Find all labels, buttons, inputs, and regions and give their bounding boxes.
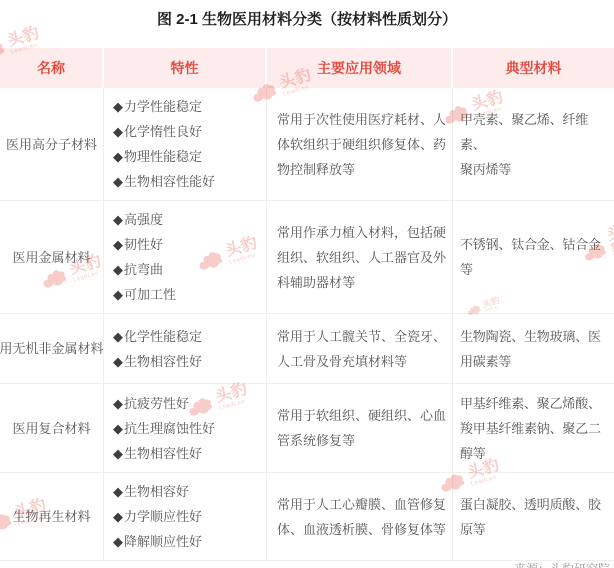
feature-item: 高强度 xyxy=(113,207,163,232)
materials-table: 名称 特性 主要应用领域 典型材料 医用高分子材料 力学性能稳定 化学惰性良好 … xyxy=(0,48,614,561)
cell-typical-materials: 生物陶瓷、生物玻璃、医 用碳素等 xyxy=(453,314,614,383)
cell-material-name: 用无机非金属材料 xyxy=(0,314,104,383)
column-header-features: 特性 xyxy=(104,48,267,88)
table-row: 生物再生材料 生物相容好 力学顺应性好 降解顺应性好 常用于人工心瓣膜、血管修复… xyxy=(0,473,614,561)
source-note-clipped: 来源：头豹研究院 xyxy=(514,563,610,568)
feature-item: 抗生理腐蚀性好 xyxy=(113,416,215,441)
cell-features: 高强度 韧性好 抗弯曲 可加工性 xyxy=(104,201,267,313)
cell-applications: 常用作承力植入材料，包括硬 组织、软组织、人工器官及外 科辅助器材等 xyxy=(267,201,453,313)
feature-item: 生物相容性好 xyxy=(113,349,202,374)
feature-item: 生物相容性能好 xyxy=(113,169,215,194)
cell-material-name: 医用金属材料 xyxy=(0,201,104,313)
cell-material-name: 生物再生材料 xyxy=(0,473,104,560)
feature-item: 生物相容好 xyxy=(113,479,189,504)
feature-item: 抗弯曲 xyxy=(113,257,163,282)
cell-typical-materials: 甲基纤维素、聚乙烯酸、 羧甲基纤维素钠、聚乙二 醇等 xyxy=(453,384,614,472)
feature-item: 物理性能稳定 xyxy=(113,144,202,169)
table-row: 医用金属材料 高强度 韧性好 抗弯曲 可加工性 常用作承力植入材料，包括硬 组织… xyxy=(0,201,614,314)
page: { "title": "图 2-1 生物医用材料分类（按材料性质划分）", "w… xyxy=(0,0,614,568)
table-header-row: 名称 特性 主要应用领域 典型材料 xyxy=(0,48,614,88)
feature-item: 可加工性 xyxy=(113,282,176,307)
cell-features: 化学性能稳定 生物相容性好 xyxy=(104,314,267,383)
cell-typical-materials: 甲壳素、聚乙烯、纤维素、 聚丙烯等 xyxy=(453,88,614,200)
column-header-name: 名称 xyxy=(0,48,104,88)
cell-applications: 常用于人工心瓣膜、血管修复 体、血液透析膜、骨修复体等 xyxy=(267,473,453,560)
figure-title: 图 2-1 生物医用材料分类（按材料性质划分） xyxy=(0,0,614,30)
cell-typical-materials: 不锈钢、钛合金、钴合金 等 xyxy=(453,201,614,313)
feature-item: 化学惰性良好 xyxy=(113,119,202,144)
table-row: 用无机非金属材料 化学性能稳定 生物相容性好 常用于人工髋关节、全瓷牙、 人工骨… xyxy=(0,314,614,384)
column-header-typical-materials: 典型材料 xyxy=(453,48,614,88)
cell-material-name: 医用高分子材料 xyxy=(0,88,104,200)
feature-item: 降解顺应性好 xyxy=(113,529,202,554)
cell-applications: 常用于人工髋关节、全瓷牙、 人工骨及骨充填材料等 xyxy=(267,314,453,383)
cell-material-name: 医用复合材料 xyxy=(0,384,104,472)
cell-typical-materials: 蛋白凝胶、透明质酸、胶 原等 xyxy=(453,473,614,560)
feature-item: 韧性好 xyxy=(113,232,163,257)
feature-item: 力学性能稳定 xyxy=(113,94,202,119)
feature-item: 化学性能稳定 xyxy=(113,324,202,349)
column-header-applications: 主要应用领域 xyxy=(267,48,453,88)
cell-applications: 常用于软组织、硬组织、心血 管系统修复等 xyxy=(267,384,453,472)
feature-item: 力学顺应性好 xyxy=(113,504,202,529)
feature-item: 抗疲劳性好 xyxy=(113,391,189,416)
cell-applications: 常用于次性使用医疗耗材、人 体软组织于硬组织修复体、药 物控制释放等 xyxy=(267,88,453,200)
feature-item: 生物相容性好 xyxy=(113,441,202,466)
table-row: 医用高分子材料 力学性能稳定 化学惰性良好 物理性能稳定 生物相容性能好 常用于… xyxy=(0,88,614,201)
table-row: 医用复合材料 抗疲劳性好 抗生理腐蚀性好 生物相容性好 常用于软组织、硬组织、心… xyxy=(0,384,614,473)
cell-features: 力学性能稳定 化学惰性良好 物理性能稳定 生物相容性能好 xyxy=(104,88,267,200)
cell-features: 抗疲劳性好 抗生理腐蚀性好 生物相容性好 xyxy=(104,384,267,472)
cell-features: 生物相容好 力学顺应性好 降解顺应性好 xyxy=(104,473,267,560)
